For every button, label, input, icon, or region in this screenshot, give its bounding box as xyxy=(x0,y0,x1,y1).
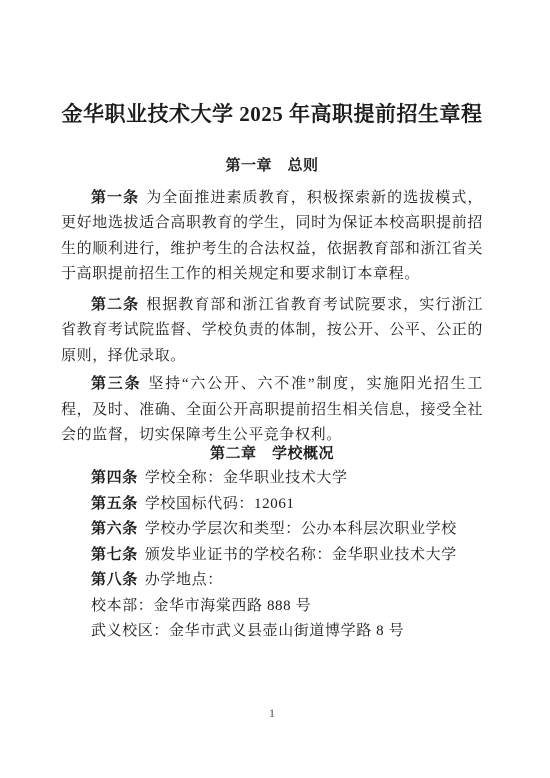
article-3: 第三条坚持“六公开、六不准”制度，实施阳光招生工程，及时、准确、全面公开高职提前… xyxy=(61,372,483,449)
campus-main-line: 校本部：金华市海棠西路 888 号 xyxy=(61,594,483,620)
article-8-text: 办学地点： xyxy=(145,572,223,588)
article-4-text: 学校全称：金华职业技术大学 xyxy=(145,470,348,486)
article-7-text: 颁发毕业证书的学校名称：金华职业技术大学 xyxy=(145,547,457,563)
article-8-label: 第八条 xyxy=(91,572,138,588)
article-6: 第六条学校办学层次和类型：公办本科层次职业学校 xyxy=(61,517,483,543)
article-2: 第二条根据教育部和浙江省教育考试院要求，实行浙江省教育考试院监督、学校负责的体制… xyxy=(61,293,483,370)
article-8: 第八条办学地点： xyxy=(61,568,483,594)
document-title: 金华职业技术大学 2025 年高职提前招生章程 xyxy=(61,100,483,128)
article-4-label: 第四条 xyxy=(91,470,138,486)
page-number: 1 xyxy=(61,705,483,721)
document-content: 金华职业技术大学 2025 年高职提前招生章程 第一章 总则 第一条为全面推进素… xyxy=(0,0,550,645)
article-1: 第一条为全面推进素质教育，积极探索新的选拔模式，更好地选拔适合高职教育的学生，同… xyxy=(61,186,483,288)
document-page: 金华职业技术大学 2025 年高职提前招生章程 第一章 总则 第一条为全面推进素… xyxy=(0,0,550,778)
campus-wuyi-line: 武义校区：金华市武义县壶山街道博学路 8 号 xyxy=(61,619,483,645)
article-3-label: 第三条 xyxy=(91,376,141,392)
article-5-label: 第五条 xyxy=(91,496,138,512)
article-1-label: 第一条 xyxy=(91,190,139,206)
article-5-text: 学校国标代码：12061 xyxy=(145,496,295,512)
article-6-label: 第六条 xyxy=(91,521,138,537)
article-2-label: 第二条 xyxy=(91,297,139,313)
article-4: 第四条学校全称：金华职业技术大学 xyxy=(61,466,483,492)
chapter-1-heading: 第一章 总则 xyxy=(61,153,483,179)
article-7-label: 第七条 xyxy=(91,547,138,563)
article-7: 第七条颁发毕业证书的学校名称：金华职业技术大学 xyxy=(61,543,483,569)
article-6-text: 学校办学层次和类型：公办本科层次职业学校 xyxy=(145,521,457,537)
article-5: 第五条学校国标代码：12061 xyxy=(61,492,483,518)
